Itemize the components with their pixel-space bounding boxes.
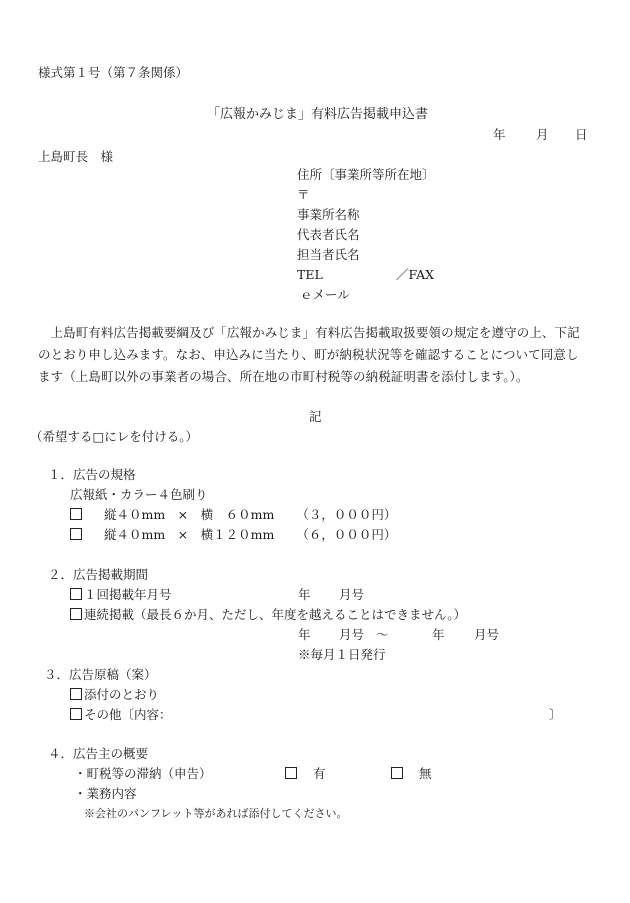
form-number: 様式第１号（第７条関係） [38, 64, 188, 82]
tel-label: TEL [297, 266, 323, 284]
other-row: その他〔内容： [70, 706, 172, 724]
tax-yes-label: 有 [313, 766, 326, 781]
tax-yes-option: 有 [285, 765, 326, 783]
attached-checkbox[interactable] [70, 688, 82, 700]
date-day-label: 日 [575, 126, 588, 144]
continuous-label: 連続掲載（最長６か月、ただし、年度を越えることはできません。） [84, 607, 466, 622]
tax-no-checkbox[interactable] [391, 767, 403, 779]
single-issue-checkbox[interactable] [70, 588, 82, 600]
attached-row: 添付のとおり [70, 686, 159, 704]
spec-option-1-checkbox[interactable] [70, 508, 82, 520]
continuous-checkbox[interactable] [70, 608, 82, 620]
checkbox-instruction: （希望する□にレを付ける。） [30, 428, 198, 446]
document-title: 「広報かみじま」有料広告掲載申込書 [207, 106, 428, 124]
single-issue-label: １回掲載年月号 [84, 587, 172, 602]
address-label: 住所〔事業所等所在地〕 [297, 166, 435, 184]
single-issue-year: 年 [298, 586, 311, 604]
spec-option-2-size: 縦４０mm × 横１２０mm [104, 527, 274, 542]
business-content-label: ・業務内容 [74, 785, 137, 803]
spec-option-1-size: 縦４０mm × 横 ６０mm [104, 507, 274, 522]
other-close-bracket: 〕 [549, 706, 562, 724]
single-issue-month: 月号 [339, 586, 364, 604]
agreement-paragraph: 上島町有料広告掲載要綱及び「広報かみじま」有料広告掲載取扱要領の規定を遵守の上、… [38, 322, 590, 388]
range-end-month: 月号 [474, 626, 499, 644]
range-separator: ～ [376, 626, 389, 644]
tax-yes-checkbox[interactable] [285, 767, 297, 779]
postal-mark: 〒 [297, 186, 310, 204]
spec-option-row: 縦４０mm × 横 ６０mm （３，０００円） [70, 506, 396, 524]
date-year-label: 年 [493, 126, 506, 144]
other-label: その他〔内容： [84, 707, 172, 722]
business-name-label: 事業所名称 [297, 206, 360, 224]
tax-no-label: 無 [419, 766, 432, 781]
range-start-year: 年 [298, 626, 311, 644]
ki-heading: 記 [309, 408, 322, 426]
continuous-row: 連続掲載（最長６か月、ただし、年度を越えることはできません。） [70, 606, 466, 624]
section-3-heading: ３．広告原稿（案） [44, 666, 157, 684]
date-month-label: 月 [536, 126, 549, 144]
section-4-heading: ４．広告主の概要 [48, 745, 148, 763]
addressee: 上島町長 様 [38, 148, 113, 166]
other-checkbox[interactable] [70, 708, 82, 720]
spec-option-2-checkbox[interactable] [70, 528, 82, 540]
tax-no-option: 無 [391, 765, 432, 783]
representative-label: 代表者氏名 [297, 226, 360, 244]
attached-label: 添付のとおり [84, 687, 159, 702]
email-label: ｅメール [300, 286, 350, 304]
range-end-year: 年 [432, 626, 445, 644]
section-1-subheading: 広報紙・カラー４色刷り [70, 486, 208, 504]
spec-option-1-price: （３，０００円） [296, 507, 396, 522]
section-1-heading: １．広告の規格 [48, 466, 136, 484]
section-2-heading: ２．広告掲載期間 [48, 566, 148, 584]
tax-status-label: ・町税等の滞納（申告） [74, 765, 212, 783]
range-start-month: 月号 [339, 626, 364, 644]
spec-option-2-price: （６，０００円） [296, 527, 396, 542]
spec-option-row: 縦４０mm × 横１２０mm （６，０００円） [70, 526, 396, 544]
contact-person-label: 担当者氏名 [297, 246, 360, 264]
pamphlet-note: ※会社のパンフレット等があれば添付してください。 [84, 805, 347, 823]
single-issue-row: １回掲載年月号 [70, 586, 172, 604]
issue-note: ※毎月１日発行 [298, 646, 386, 664]
fax-label: ／FAX [396, 266, 434, 284]
